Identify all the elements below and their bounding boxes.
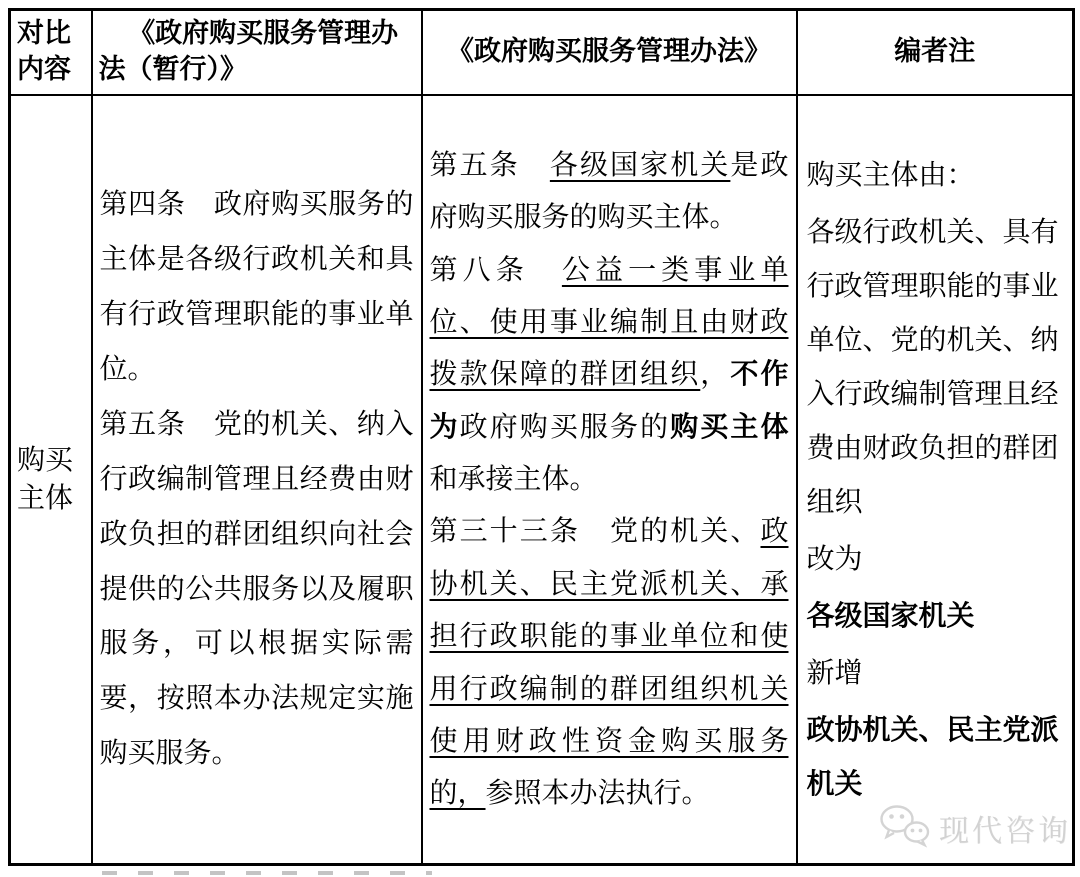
paragraph: 购买主体由： <box>807 148 1064 202</box>
paragraph: 第五条 党的机关、纳入行政编制管理且经费由财政负担的群团组织向社会提供的公共服务… <box>100 397 414 781</box>
text-run: 参照本办法执行。 <box>486 776 710 809</box>
text-run: 购买主体 <box>670 410 788 443</box>
paragraph: 政协机关、民主党派机关 <box>807 703 1064 811</box>
paragraph: 各级国家机关 <box>807 589 1064 643</box>
cell-old-measures-text: 第四条 政府购买服务的主体是各级行政机关和具有行政管理职能的事业单位。第五条 党… <box>92 95 422 865</box>
text-run: 和承接主体。 <box>430 462 598 495</box>
table-row-purchase-subject: 购买主体 第四条 政府购买服务的主体是各级行政机关和具有行政管理职能的事业单位。… <box>10 95 1074 865</box>
paragraph: 各级行政机关、具有行政管理职能的事业单位、党的机关、纳入行政编制管理且经费由财政… <box>807 205 1064 529</box>
paragraph: 第四条 政府购买服务的主体是各级行政机关和具有行政管理职能的事业单位。 <box>100 177 414 397</box>
cell-new-measures-text: 第五条 各级国家机关是政府购买服务的购买主体。第八条 公益一类事业单位、使用事业… <box>422 95 797 865</box>
text-run: 购买主体由： <box>807 158 975 191</box>
header-new-measures: 《政府购买服务管理办法》 <box>422 10 797 95</box>
paragraph: 第五条 各级国家机关是政府购买服务的购买主体。 <box>430 139 789 244</box>
header-editor-note: 编者注 <box>797 10 1074 95</box>
header-old-measures: 《政府购买服务管理办法（暂行）》 <box>92 10 422 95</box>
text-run: ， <box>700 357 730 390</box>
row-label-purchase-subject: 购买主体 <box>10 95 92 865</box>
paragraph: 新增 <box>807 646 1064 700</box>
paragraph: 第八条 公益一类事业单位、使用事业编制且由财政拨款保障的群团组织，不作为政府购买… <box>430 244 789 506</box>
text-run: 第五条 <box>430 148 550 181</box>
text-run: 各级国家机关 <box>807 599 975 632</box>
comparison-table: 对比内容 《政府购买服务管理办法（暂行）》 《政府购买服务管理办法》 编者注 购… <box>8 8 1075 866</box>
cutoff-row-remnant <box>102 871 432 875</box>
text-run: 各级行政机关、具有行政管理职能的事业单位、党的机关、纳入行政编制管理且经费由财政… <box>807 215 1059 518</box>
text-run: 新增 <box>807 656 863 689</box>
paragraph: 改为 <box>807 532 1064 586</box>
header-row: 对比内容 《政府购买服务管理办法（暂行）》 《政府购买服务管理办法》 编者注 <box>10 10 1074 95</box>
text-run: 第四条 政府购买服务的主体是各级行政机关和具有行政管理职能的事业单位。 <box>100 187 414 385</box>
text-run: 各级国家机关 <box>550 148 731 181</box>
text-run: 政协机关、民主党派机关 <box>807 713 1059 800</box>
text-run: 政协机关、民主党派机关、承担行政职能的事业单位和使用行政编制的群团组织机关使用财… <box>430 514 789 809</box>
text-run: 改为 <box>807 542 863 575</box>
text-run: 政府购买服务的 <box>460 410 671 443</box>
screenshot-root: 对比内容 《政府购买服务管理办法（暂行）》 《政府购买服务管理办法》 编者注 购… <box>0 0 1080 877</box>
text-run: 第五条 党的机关、纳入行政编制管理且经费由财政负担的群团组织向社会提供的公共服务… <box>100 407 414 769</box>
header-compare-content: 对比内容 <box>10 10 92 95</box>
cell-editor-note-text: 购买主体由：各级行政机关、具有行政管理职能的事业单位、党的机关、纳入行政编制管理… <box>797 95 1074 865</box>
text-run: 第八条 <box>430 253 562 286</box>
paragraph: 第三十三条 党的机关、政协机关、民主党派机关、承担行政职能的事业单位和使用行政编… <box>430 505 789 819</box>
text-run: 第三十三条 党的机关、 <box>430 514 761 547</box>
